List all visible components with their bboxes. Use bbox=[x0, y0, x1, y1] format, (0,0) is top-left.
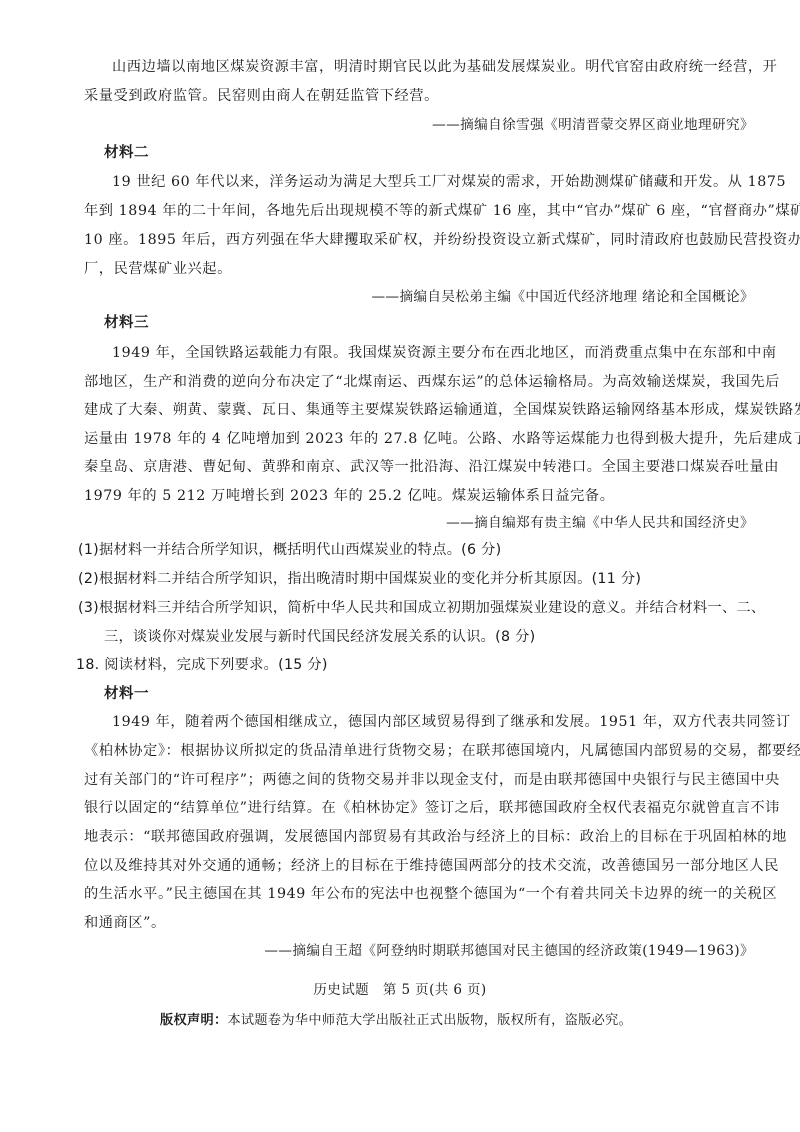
exam-page: 山西边墙以南地区煤炭资源丰富，明清时期官民以此为基础发展煤炭业。明代官窑由政府统… bbox=[0, 0, 800, 1132]
page-number-label: 历史试题 第 5 页(共 6 页) bbox=[0, 980, 800, 1000]
material-3-paragraph-line: 运量由 1978 年的 4 亿吨增加到 2023 年的 27.8 亿吨。公路、水… bbox=[84, 429, 756, 449]
material-3-heading: 材料三 bbox=[104, 313, 149, 333]
question-18-material-1-line: 过有关部门的“许可程序”；两德之间的货物交易并非以现金支付，而是由联邦德国中央银… bbox=[84, 770, 756, 790]
material-2-heading: 材料二 bbox=[104, 143, 149, 163]
material-3-paragraph-line: 1949 年，全国铁路运载能力有限。我国煤炭资源主要分布在西北地区，而消费重点集… bbox=[112, 343, 756, 363]
question-18-material-1-line: 和通商区”。 bbox=[84, 913, 756, 933]
material-1-paragraph-line: 采量受到政府监管。民窑则由商人在朝廷监管下经营。 bbox=[84, 86, 756, 106]
material-3-paragraph-line: 秦皇岛、京唐港、曹妃甸、黄骅和南京、武汉等一批沿海、沿江煤炭中转港口。全国主要港… bbox=[84, 457, 756, 477]
question-18-material-1-line: 银行以固定的“结算单位”进行结算。在《柏林协定》签订之后，联邦德国政府全权代表福… bbox=[84, 798, 756, 818]
material-3-paragraph-line: 1979 年的 5 212 万吨增长到 2023 年的 25.2 亿吨。煤炭运输… bbox=[84, 486, 756, 506]
material-2-paragraph-line: 厂，民营煤矿业兴起。 bbox=[84, 259, 756, 279]
question-17-3: (3)根据材料三并结合所学知识，简析中华人民共和国成立初期加强煤炭业建设的意义。… bbox=[78, 598, 765, 618]
material-2-source: ——摘编自吴松弟主编《中国近代经济地理 绪论和全国概论》 bbox=[371, 287, 754, 307]
copyright-label: 版权声明： bbox=[160, 1013, 227, 1028]
copyright-text: 本试题卷为华中师范大学出版社正式出版物，版权所有，盗版必究。 bbox=[227, 1013, 632, 1028]
material-3-paragraph-line: 建成了大秦、朔黄、蒙冀、瓦日、集通等主要煤炭铁路运输通道，全国煤炭铁路运输网络基… bbox=[84, 400, 756, 420]
question-18-material-1-source: ——摘编自王超《阿登纳时期联邦德国对民主德国的经济政策(1949—1963)》 bbox=[264, 941, 754, 961]
material-3-source: ——摘自编郑有贵主编《中华人民共和国经济史》 bbox=[446, 513, 754, 533]
question-18-material-1-line: 地表示：“联邦德国政府强调，发展德国内部贸易有其政治与经济上的目标：政治上的目标… bbox=[84, 827, 756, 847]
material-2-paragraph-line: 19 世纪 60 年代以来，洋务运动为满足大型兵工厂对煤炭的需求，开始勘测煤矿储… bbox=[112, 172, 756, 192]
question-18-material-1-line: 的生活水平。”民主德国在其 1949 年公布的宪法中也视整个德国为“一个有着共同… bbox=[84, 884, 756, 904]
material-1-paragraph-line: 山西边墙以南地区煤炭资源丰富，明清时期官民以此为基础发展煤炭业。明代官窑由政府统… bbox=[112, 57, 756, 77]
material-3-paragraph-line: 部地区，生产和消费的逆向分布决定了“北煤南运、西煤东运”的总体运输格局。为高效输… bbox=[84, 372, 756, 392]
material-2-paragraph-line: 10 座。1895 年后，西方列强在华大肆攫取采矿权，并纷纷投资设立新式煤矿，同… bbox=[84, 230, 756, 250]
question-18-title: 18. 阅读材料，完成下列要求。(15 分) bbox=[76, 655, 328, 675]
question-18-material-1-heading: 材料一 bbox=[104, 684, 149, 704]
question-17-2: (2)根据材料二并结合所学知识，指出晚清时期中国煤炭业的变化并分析其原因。(11… bbox=[78, 569, 641, 589]
question-17-1: (1)据材料一并结合所学知识，概括明代山西煤炭业的特点。(6 分) bbox=[78, 540, 501, 560]
question-18-material-1-line: 1949 年，随着两个德国相继成立，德国内部区域贸易得到了继承和发展。1951 … bbox=[112, 712, 756, 732]
question-18-material-1-line: 位以及维持其对外交通的通畅；经济上的目标在于维持德国两部分的技术交流，改善德国另… bbox=[84, 856, 756, 876]
question-17-3-continued: 三，谈谈你对煤炭业发展与新时代国民经济发展关系的认识。(8 分) bbox=[104, 627, 535, 647]
copyright-notice: 版权声明：本试题卷为华中师范大学出版社正式出版物，版权所有，盗版必究。 bbox=[160, 1011, 632, 1031]
material-1-source: ——摘编自徐雪强《明清晋蒙交界区商业地理研究》 bbox=[432, 115, 754, 135]
material-2-paragraph-line: 年到 1894 年的二十年间，各地先后出现规模不等的新式煤矿 16 座，其中“官… bbox=[84, 201, 756, 221]
question-18-material-1-line: 《柏林协定》：根据协议所拟定的货品清单进行货物交易；在联邦德国境内，凡属德国内部… bbox=[84, 741, 756, 761]
